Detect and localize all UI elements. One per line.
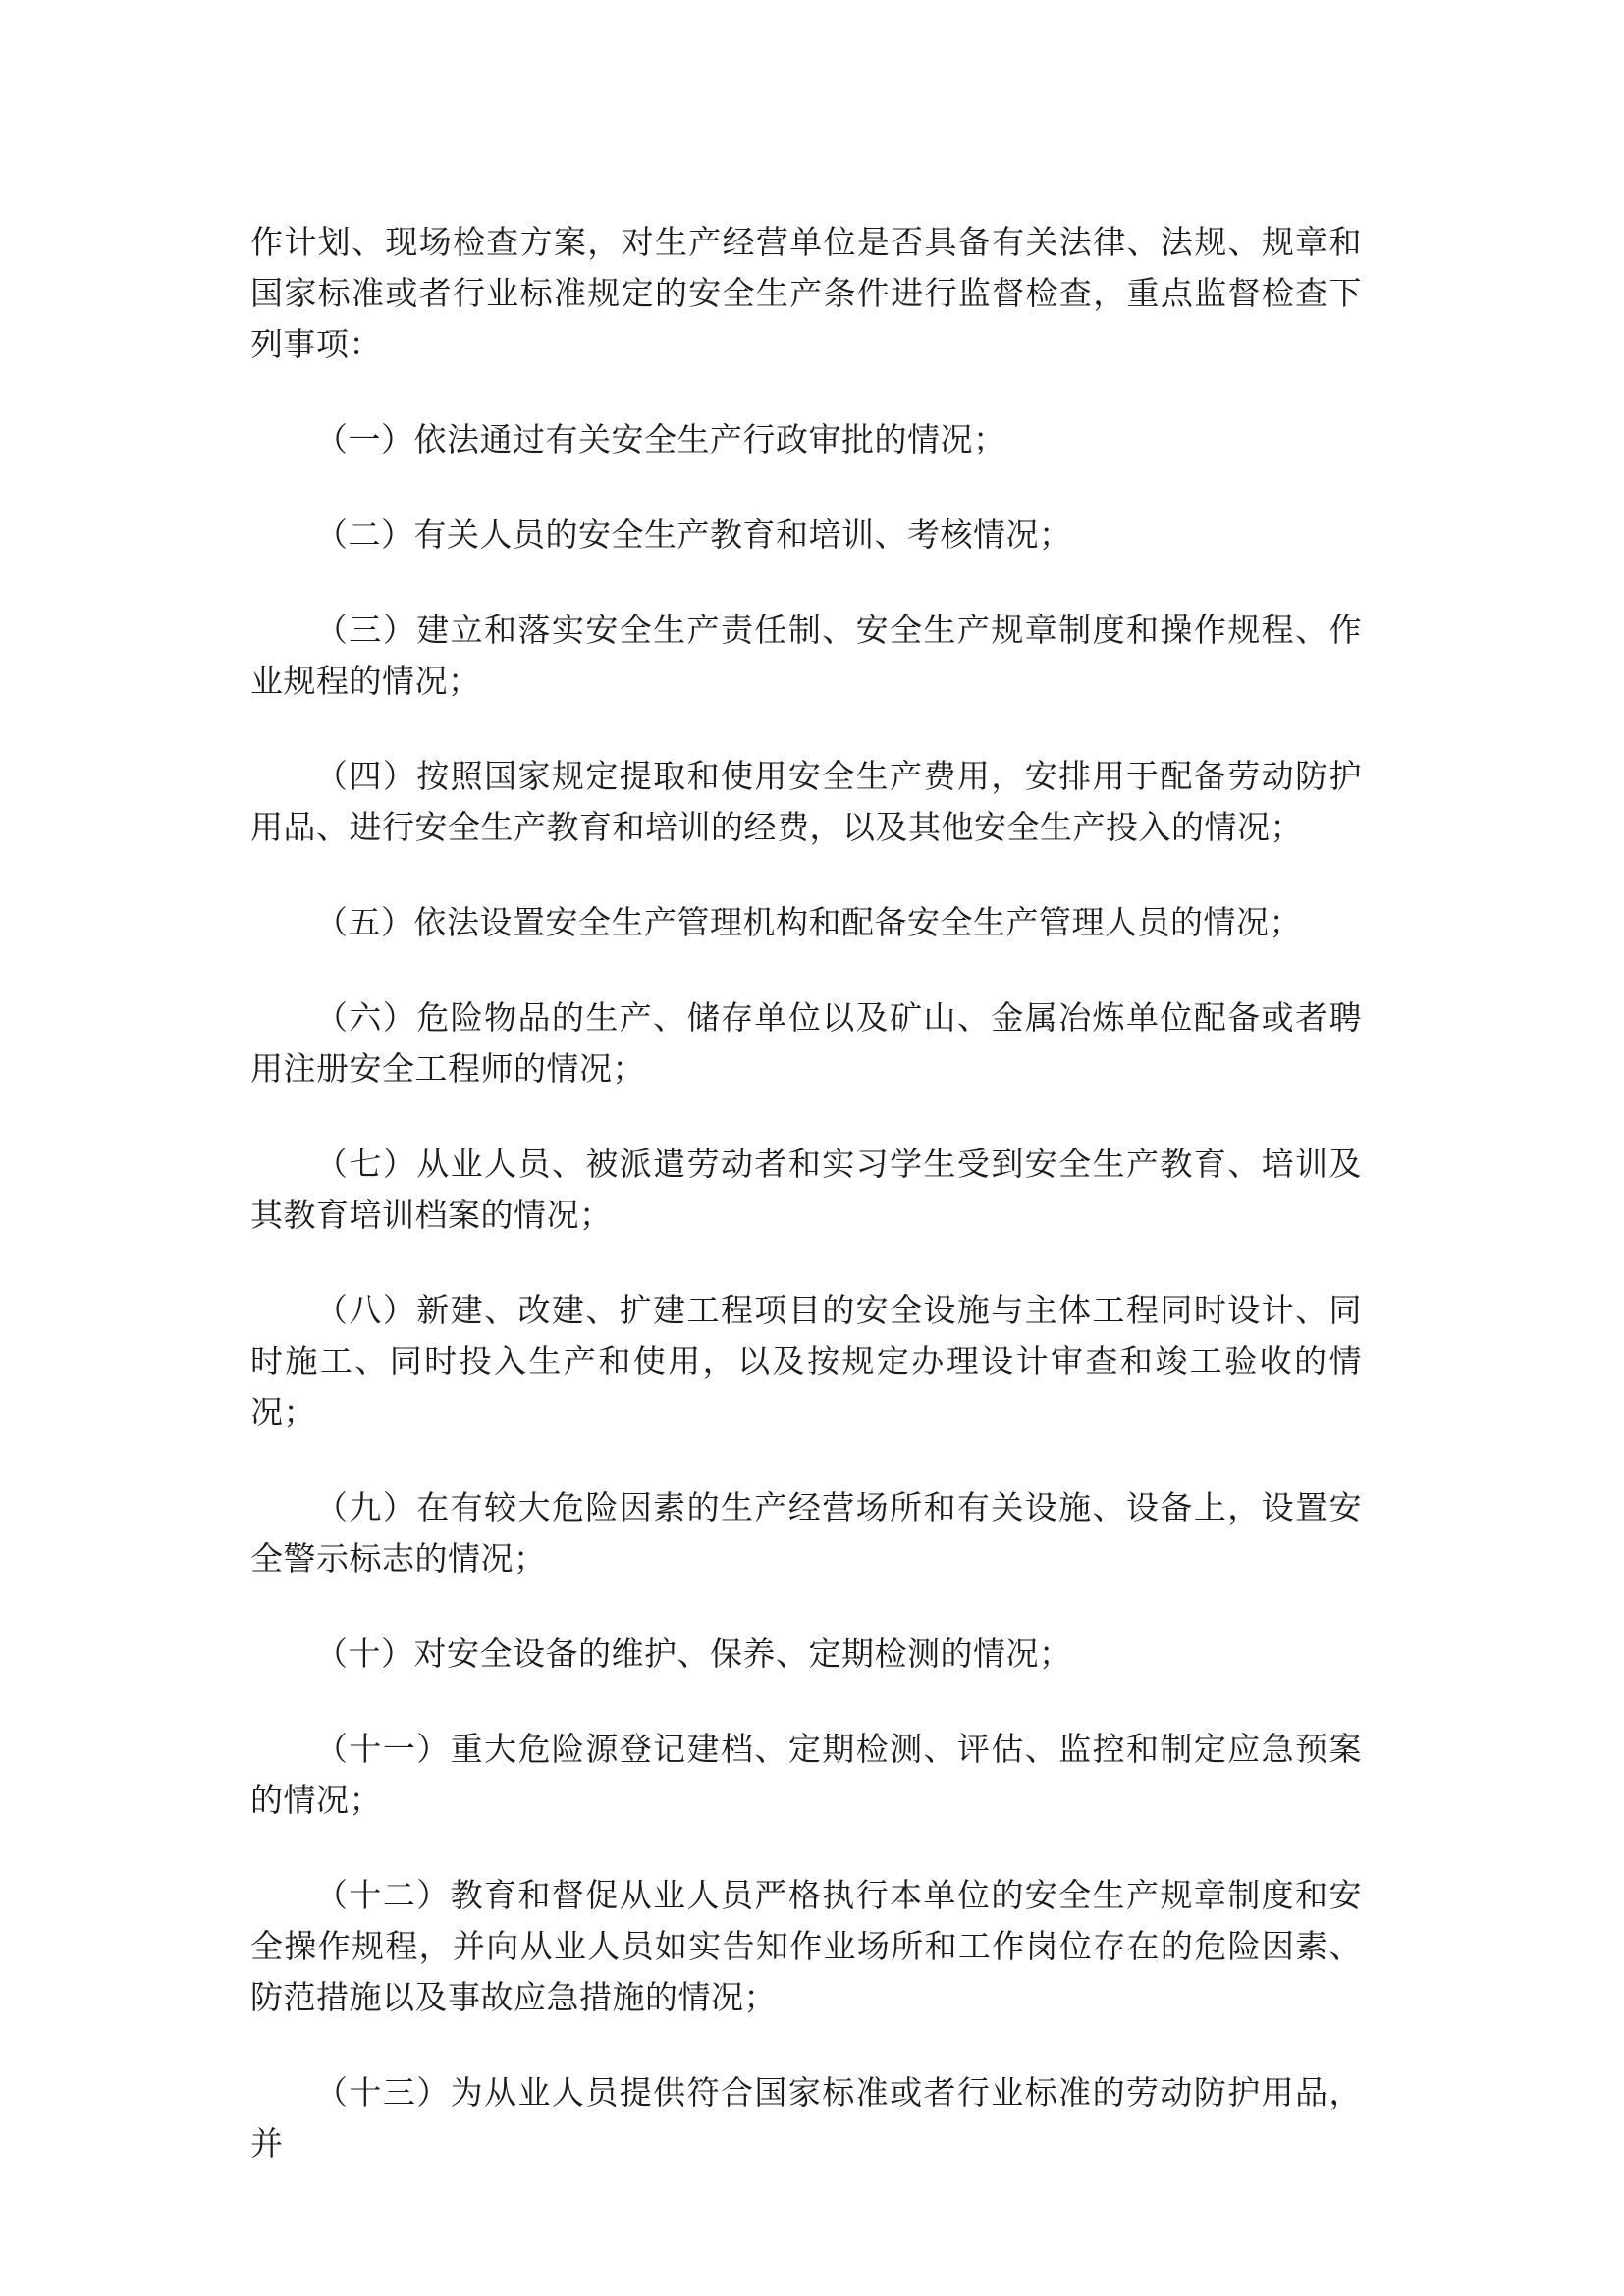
document-page: 作计划、现场检查方案，对生产经营单位是否具备有关法律、法规、规章和国家标准或者行… [0,0,1624,2296]
list-item-13: （十三）为从业人员提供符合国家标准或者行业标准的劳动防护用品，并 [250,2068,1362,2170]
list-item-4: （四）按照国家规定提取和使用安全生产费用，安排用于配备劳动防护用品、进行安全生产… [250,752,1362,854]
list-item-6: （六）危险物品的生产、储存单位以及矿山、金属冶炼单位配备或者聘用注册安全工程师的… [250,993,1362,1095]
list-item-1: （一）依法通过有关安全生产行政审批的情况； [250,415,1362,466]
list-item-11: （十一）重大危险源登记建档、定期检测、评估、监控和制定应急预案的情况； [250,1725,1362,1827]
list-item-10: （十）对安全设备的维护、保养、定期检测的情况； [250,1629,1362,1681]
list-item-7: （七）从业人员、被派遣劳动者和实习学生受到安全生产教育、培训及其教育培训档案的情… [250,1140,1362,1242]
list-item-5: （五）依法设置安全生产管理机构和配备安全生产管理人员的情况； [250,898,1362,949]
paragraph-intro: 作计划、现场检查方案，对生产经营单位是否具备有关法律、法规、规章和国家标准或者行… [250,218,1362,371]
list-item-9: （九）在有较大危险因素的生产经营场所和有关设施、设备上，设置安全警示标志的情况； [250,1483,1362,1585]
list-item-12: （十二）教育和督促从业人员严格执行本单位的安全生产规章制度和安全操作规程，并向从… [250,1871,1362,2024]
list-item-3: （三）建立和落实安全生产责任制、安全生产规章制度和操作规程、作业规程的情况； [250,606,1362,708]
list-item-2: （二）有关人员的安全生产教育和培训、考核情况； [250,510,1362,561]
list-item-8: （八）新建、改建、扩建工程项目的安全设施与主体工程同时设计、同时施工、同时投入生… [250,1286,1362,1439]
